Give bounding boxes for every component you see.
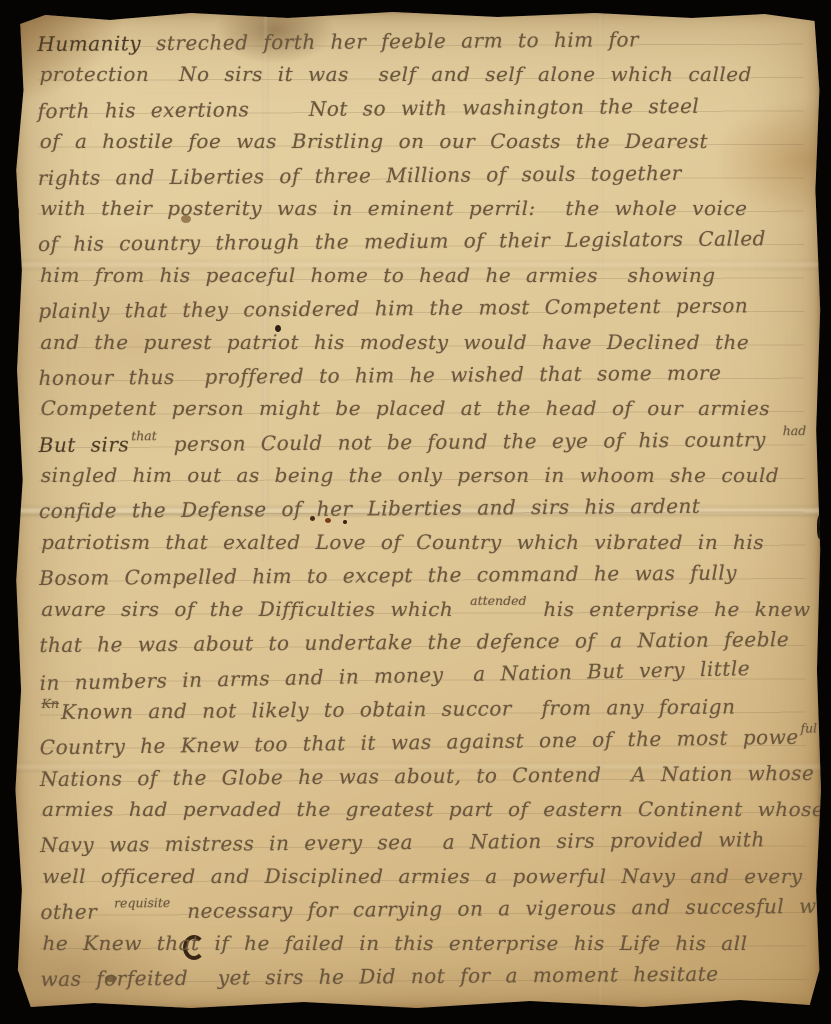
manuscript-line: plainly that they considered him the mos… <box>38 290 804 329</box>
manuscript-line: confide the Defense of her Liberties and… <box>39 490 805 529</box>
line-text: honour thus proffered to him he wished t… <box>38 361 721 390</box>
line-text: other <box>40 900 112 925</box>
torn-edge-chip <box>10 242 18 262</box>
line-text: necessary for carrying on a vigerous and… <box>172 894 831 923</box>
manuscript-line: of his country through the medium of the… <box>38 223 804 262</box>
line-text: Navy was mistress in every sea a Nation … <box>40 828 765 858</box>
manuscript-line: of a hostile foe was Bristling on our Co… <box>40 126 806 159</box>
line-text: Nations of the Globe he was about, to Co… <box>40 761 815 791</box>
manuscript-line: patriotism that exalted Love of Country … <box>41 527 807 560</box>
manuscript-line: aware sirs of the Difficulties which att… <box>41 594 807 627</box>
manuscript-text: Humanity streched forth her feeble arm t… <box>37 25 806 1004</box>
manuscript-line: Humanity streched forth her feeble arm t… <box>37 23 803 62</box>
line-text: well officered and Disciplined armies a … <box>42 864 802 888</box>
manuscript-line: honour thus proffered to him he wished t… <box>38 357 804 396</box>
manuscript-line: him from his peaceful home to head he ar… <box>40 260 806 293</box>
line-text: with their posterity was in eminent perr… <box>40 196 748 220</box>
manuscript-line: well officered and Disciplined armies a … <box>42 861 808 894</box>
interlinear-insertion: that <box>131 428 157 443</box>
line-text: confide the Defense of her Liberties and… <box>39 494 701 523</box>
manuscript-line: Navy was mistress in every sea a Nation … <box>40 824 806 863</box>
line-text: he Knew that if he failed in this enterp… <box>43 931 748 955</box>
interlinear-insertion: attended <box>470 593 526 608</box>
torn-edge-chip <box>817 515 824 539</box>
interlinear-insertion: Kn <box>42 696 60 711</box>
line-text: plainly that they considered him the mos… <box>38 294 748 324</box>
manuscript-line: and the purest patriot his modesty would… <box>40 327 806 360</box>
manuscript-line: armies had pervaded the greatest part of… <box>42 794 808 827</box>
manuscript-line: singled him out as being the only person… <box>41 460 807 493</box>
manuscript-line: other requisite necessary for carrying o… <box>40 891 806 930</box>
manuscript-line: rights and Liberties of three Millions o… <box>38 157 804 196</box>
line-text: Known and not likely to obtain succor fr… <box>61 694 736 723</box>
line-text: and the purest patriot his modesty would… <box>40 330 749 354</box>
interlinear-insertion: ful <box>800 721 817 736</box>
line-text: him from his peaceful home to head he ar… <box>40 263 715 287</box>
line-text: forth his exertions Not so with washingt… <box>37 94 699 123</box>
manuscript-line: Bosom Compelled him to except the comman… <box>39 557 805 596</box>
manuscript-line: Competent person might be placed at the … <box>41 393 807 426</box>
manuscript-page: Humanity streched forth her feeble arm t… <box>13 10 821 1010</box>
line-text: of his country through the medium of the… <box>38 227 766 257</box>
line-text: protection No sirs it was self and self … <box>39 62 751 86</box>
torn-edge-chip <box>10 202 19 228</box>
line-text: aware sirs of the Difficulties which <box>41 597 468 621</box>
manuscript-line: But sirsthat person Could not be found t… <box>39 424 805 463</box>
line-text: that he was about to undertake the defen… <box>39 627 789 657</box>
line-text: streched forth her feeble arm to him for <box>141 27 639 55</box>
line-text: singled him out as being the only person… <box>41 463 779 487</box>
torn-edge-chip <box>10 496 17 526</box>
line-text: Bosom Compelled him to except the comman… <box>39 561 737 590</box>
manuscript-line: forth his exertions Not so with washingt… <box>37 90 803 129</box>
line-text: his enterprise he knew <box>529 597 811 621</box>
line-text: patriotism that exalted Love of Country … <box>41 530 764 554</box>
manuscript-line: with their posterity was in eminent perr… <box>40 193 806 226</box>
scan-background: Humanity streched forth her feeble arm t… <box>0 0 831 1024</box>
line-text: person Could not be found the eye of his… <box>159 427 781 456</box>
line-text: Competent person might be placed at the … <box>41 396 770 420</box>
manuscript-line: Nations of the Globe he was about, to Co… <box>40 758 806 797</box>
line-text: of a hostile foe was Bristling on our Co… <box>40 129 708 153</box>
line-text: rights and Liberties of three Millions o… <box>38 161 682 190</box>
interlinear-insertion: had <box>783 423 807 438</box>
interlinear-insertion: requisite <box>114 895 170 910</box>
line-text: Country he Knew too that it was against … <box>40 725 799 760</box>
torn-edge-chip <box>815 990 824 1008</box>
line-text: was forfeited yet sirs he Did not for a … <box>41 962 719 991</box>
manuscript-line: protection No sirs it was self and self … <box>39 59 805 92</box>
line-text: Humanity <box>37 31 141 56</box>
manuscript-line: he Knew that if he failed in this enterp… <box>43 928 809 961</box>
manuscript-line: was forfeited yet sirs he Did not for a … <box>40 958 806 997</box>
line-text: armies had pervaded the greatest part of… <box>42 797 824 821</box>
line-text: But sirs <box>39 432 130 457</box>
